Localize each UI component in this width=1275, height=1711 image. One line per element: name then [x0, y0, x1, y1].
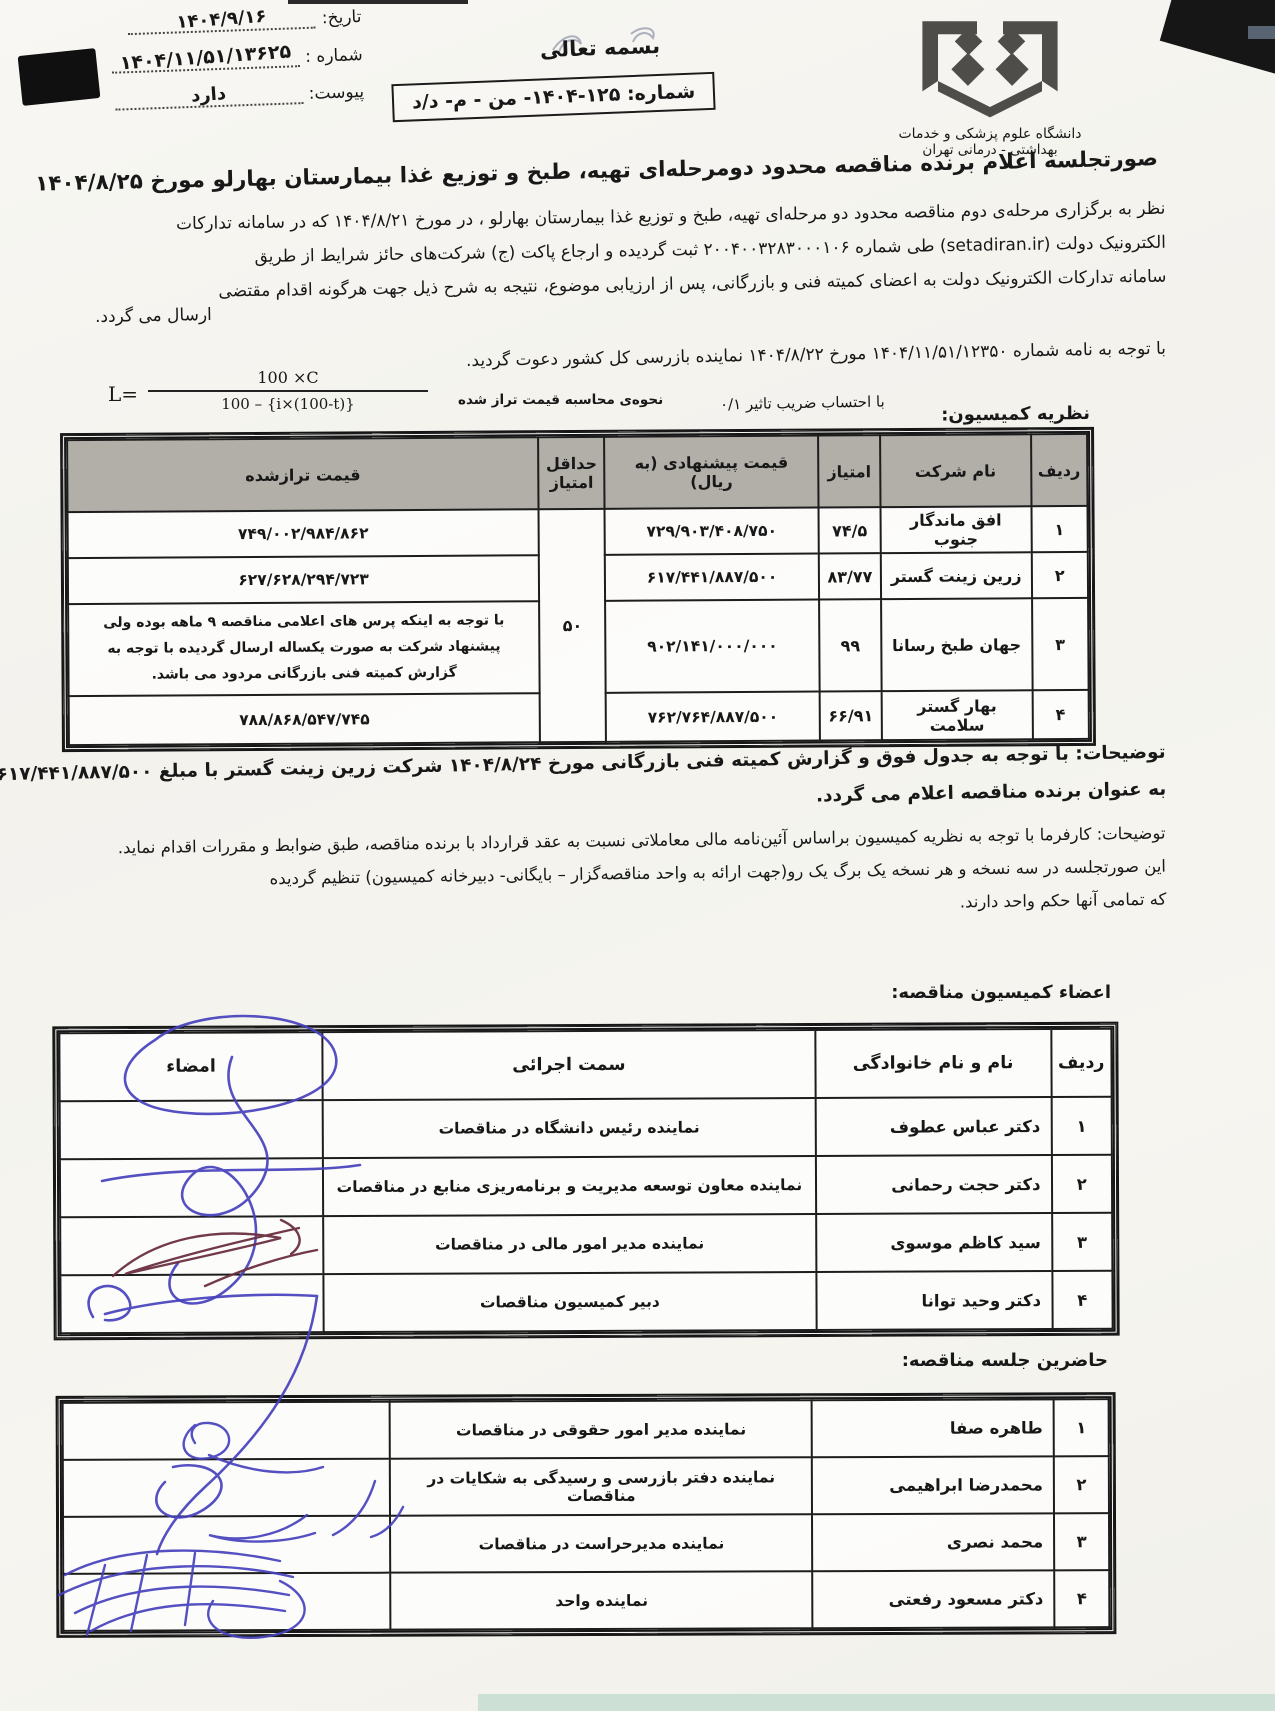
notes-paragraph: توضیحات: کارفرما با توجه به نظریه کمیسیو…: [107, 817, 1166, 931]
proposed-price: ۷۶۲/۷۶۴/۸۸۷/۵۰۰: [606, 692, 820, 742]
date-dotted-line: ۱۴۰۴/۹/۱۶: [128, 6, 317, 36]
date-value: ۱۴۰۴/۹/۱۶: [176, 6, 267, 33]
company-name: افق ماندگار جنوب: [880, 506, 1031, 553]
commission-opinion-heading: نظریه کمیسیون:: [890, 403, 1090, 426]
university-identity: دانشگاه علوم پزشکی و خدمات بهداشتی - درم…: [865, 16, 1115, 158]
company-name: بهار گستر سلامت: [882, 690, 1033, 740]
formula-caption: نحوه‌ی محاسبه قیمت تراز شده: [458, 392, 663, 408]
attendee-name: دکتر مسعود رفعتی: [813, 1570, 1055, 1628]
leveled-price: ۷۴۹/۰۰۲/۹۸۴/۸۶۲: [68, 509, 540, 558]
commission-table-wrap: ردیف نام شرکت امتیاز قیمت پیشنهادی (به ر…: [62, 429, 1094, 750]
col-company: نام شرکت: [880, 434, 1031, 507]
attendee-row-1: ۱ طاهره صفا نماینده مدیر امور حقوقی در م…: [63, 1399, 1109, 1460]
row-number: ۱: [1054, 1399, 1109, 1456]
col-min-score: حداقل امتیاز: [538, 437, 604, 509]
signature-cell: [60, 1158, 323, 1217]
col-row-number: ردیف: [1051, 1029, 1112, 1097]
attendee-name: محمد نصری: [812, 1513, 1054, 1571]
col-proposed-price: قیمت پیشنهادی (به ریال): [604, 436, 818, 509]
intro-paragraph: نظر به برگزاری مرحله‌ی دوم مناقصه محدود …: [107, 192, 1166, 311]
scanned-document-page: تاریخ: ۱۴۰۴/۹/۱۶ شماره : ۱۴۰۴/۱۱/۵۱/۱۳۶۲…: [0, 0, 1275, 1711]
signature-cell: [60, 1100, 323, 1159]
commission-table: ردیف نام شرکت امتیاز قیمت پیشنهادی (به ر…: [66, 433, 1090, 746]
attendee-name: محمدرضا ابراهیمی: [812, 1456, 1054, 1514]
col-full-name: نام و نام خانوادگی: [815, 1029, 1051, 1098]
row-number: ۱: [1031, 506, 1088, 552]
member-role: نماینده رئیس دانشگاه در مناقصات: [323, 1098, 816, 1158]
letterhead-meta-block: تاریخ: ۱۴۰۴/۹/۱۶ شماره : ۱۴۰۴/۱۱/۵۱/۱۳۶۲…: [16, 4, 365, 128]
min-score-value: ۵۰: [539, 509, 606, 742]
member-role: نماینده مدیر امور مالی در مناقصات: [323, 1214, 816, 1274]
proposed-price: ۷۲۹/۹۰۳/۴۰۸/۷۵۰: [605, 508, 819, 555]
col-leveled-price: قیمت ترازشده: [67, 437, 539, 512]
row-number: ۳: [1054, 1513, 1109, 1570]
col-signature: امضاء: [59, 1032, 322, 1101]
attachment-label: پیوست:: [308, 82, 364, 104]
proposed-price: ۶۱۷/۴۴۱/۸۸۷/۵۰۰: [605, 554, 819, 601]
commission-header-row: ردیف نام شرکت امتیاز قیمت پیشنهادی (به ر…: [67, 434, 1087, 512]
signature-cell: [63, 1516, 390, 1574]
row-number: ۲: [1031, 552, 1088, 598]
attendees-table: ۱ طاهره صفا نماینده مدیر امور حقوقی در م…: [62, 1398, 1111, 1632]
attendee-role: نماینده مدیرحراست در مناقصات: [390, 1514, 812, 1572]
member-name: دکتر وحید توانا: [816, 1271, 1052, 1330]
row-number: ۳: [1032, 598, 1089, 690]
member-role: دبیر کمیسیون مناقصات: [324, 1272, 817, 1332]
row-number: ۱: [1051, 1097, 1112, 1155]
bismillah: بسمه تعالی: [420, 30, 781, 67]
score-value: ۸۳/۷۷: [819, 553, 881, 599]
attendee-role: نماینده مدیر امور حقوقی در مناقصات: [390, 1400, 812, 1458]
number-dotted-line: ۱۴۰۴/۱۱/۵۱/۱۳۶۲۵: [111, 43, 300, 74]
signature-cell: [60, 1274, 323, 1333]
member-name: سید کاظم موسوی: [816, 1213, 1052, 1272]
member-row-4: ۴ دکتر وحید توانا دبیر کمیسیون مناقصات: [60, 1271, 1112, 1334]
members-heading: اعضاء کمیسیون مناقصه:: [876, 982, 1111, 1003]
row-number: ۴: [1032, 690, 1089, 739]
row-number: ۲: [1054, 1456, 1109, 1513]
scan-artifact-edge-mark: [1248, 26, 1275, 39]
member-role: نماینده معاون توسعه مدیریت و برنامه‌ریزی…: [323, 1156, 816, 1216]
row-number: ۴: [1054, 1570, 1109, 1627]
score-value: ۶۶/۹۱: [820, 691, 882, 740]
number-row: شماره : ۱۴۰۴/۱۱/۵۱/۱۳۶۲۵: [17, 41, 363, 77]
reference-number-text: شماره: ۱۲۵-۱۴۰۴- من - م- د/د: [391, 72, 716, 122]
col-score: امتیاز: [818, 435, 880, 507]
signature-cell: [63, 1573, 390, 1631]
leveled-price: ۷۸۸/۸۶۸/۵۴۷/۷۴۵: [69, 693, 541, 745]
score-value: ۹۹: [819, 599, 881, 691]
row-number: ۴: [1052, 1271, 1113, 1329]
row-number: ۲: [1051, 1155, 1112, 1213]
number-label: شماره :: [305, 45, 363, 67]
attendee-role: نماینده دفتر بازرسی و رسیدگی به شکایات د…: [390, 1457, 812, 1515]
attendees-heading: حاضرین جلسه مناقصه:: [880, 1350, 1108, 1371]
signature-cell: [60, 1216, 323, 1275]
company-name: زرین زینت گستر: [881, 552, 1032, 599]
member-name: دکتر عباس عطوف: [815, 1097, 1051, 1156]
leveled-price: ۶۲۷/۶۲۸/۲۹۴/۷۲۳: [68, 555, 540, 604]
scan-artifact-bottom-strip: [478, 1694, 1275, 1711]
member-row-3: ۳ سید کاظم موسوی نماینده مدیر امور مالی …: [60, 1213, 1112, 1276]
col-row-number: ردیف: [1031, 434, 1088, 506]
row-number: ۳: [1052, 1213, 1113, 1271]
scan-artifact-top-line: [288, 0, 468, 4]
date-label: تاریخ:: [322, 7, 362, 28]
members-header-row: ردیف نام و نام خانوادگی سمت اجرائی امضاء: [59, 1029, 1111, 1102]
document-title: صورتجلسه اعلام برنده مناقصه محدود دومرحل…: [118, 146, 1158, 195]
coefficient-note: با احتساب ضریب تاثیر ۰/۱: [720, 393, 885, 414]
attachment-dotted-line: دارد: [114, 81, 303, 111]
formula-lhs: L=: [108, 382, 138, 406]
tums-logo-icon: [911, 16, 1069, 120]
member-name: دکتر حجت رحمانی: [815, 1155, 1051, 1214]
formula-denominator: 100 – {i×(100-t)}: [148, 392, 428, 413]
commission-row-1: ۱ افق ماندگار جنوب ۷۴/۵ ۷۲۹/۹۰۳/۴۰۸/۷۵۰ …: [68, 506, 1088, 558]
attendee-row-4: ۴ دکتر مسعود رفعتی نماینده واحد: [63, 1570, 1109, 1631]
member-row-2: ۲ دکتر حجت رحمانی نماینده معاون توسعه مد…: [60, 1155, 1112, 1218]
col-executive-role: سمت اجرائی: [323, 1030, 816, 1100]
signature-cell: [63, 1402, 390, 1460]
university-name-line1: دانشگاه علوم پزشکی و خدمات: [865, 126, 1115, 142]
attendees-table-wrap: ۱ طاهره صفا نماینده مدیر امور حقوقی در م…: [58, 1394, 1115, 1636]
date-row: تاریخ: ۱۴۰۴/۹/۱۶: [16, 4, 362, 39]
score-value: ۷۴/۵: [819, 507, 881, 553]
attachment-value: دارد: [191, 83, 227, 106]
attendee-name: طاهره صفا: [812, 1399, 1054, 1457]
intro-tail: ارسال می گردد.: [95, 305, 212, 327]
proposed-price: ۹۰۲/۱۴۱/۰۰۰/۰۰۰: [605, 600, 819, 693]
company-name: جهان طبخ رسانا: [881, 598, 1032, 691]
attachment-row: پیوست: دارد: [19, 79, 365, 114]
attendee-role: نماینده واحد: [390, 1571, 812, 1629]
formula-numerator: 100 ×C: [148, 368, 428, 392]
attendee-row-2: ۲ محمدرضا ابراهیمی نماینده دفتر بازرسی و…: [63, 1456, 1109, 1517]
attendee-row-3: ۳ محمد نصری نماینده مدیرحراست در مناقصات: [63, 1513, 1109, 1574]
formula-fraction: 100 ×C 100 – {i×(100-t)}: [148, 368, 428, 413]
member-row-1: ۱ دکتر عباس عطوف نماینده رئیس دانشگاه در…: [60, 1097, 1112, 1160]
members-table-wrap: ردیف نام و نام خانوادگی سمت اجرائی امضاء…: [54, 1024, 1117, 1339]
rejection-note: با توجه به اینکه پرس های اعلامی مناقصه ۹…: [68, 601, 540, 696]
members-table: ردیف نام و نام خانوادگی سمت اجرائی امضاء…: [58, 1028, 1113, 1335]
number-value: ۱۴۰۴/۱۱/۵۱/۱۳۶۲۵: [119, 41, 292, 75]
signature-cell: [63, 1459, 390, 1517]
reference-number-box: شماره: ۱۲۵-۱۴۰۴- من - م- د/د: [391, 72, 716, 122]
